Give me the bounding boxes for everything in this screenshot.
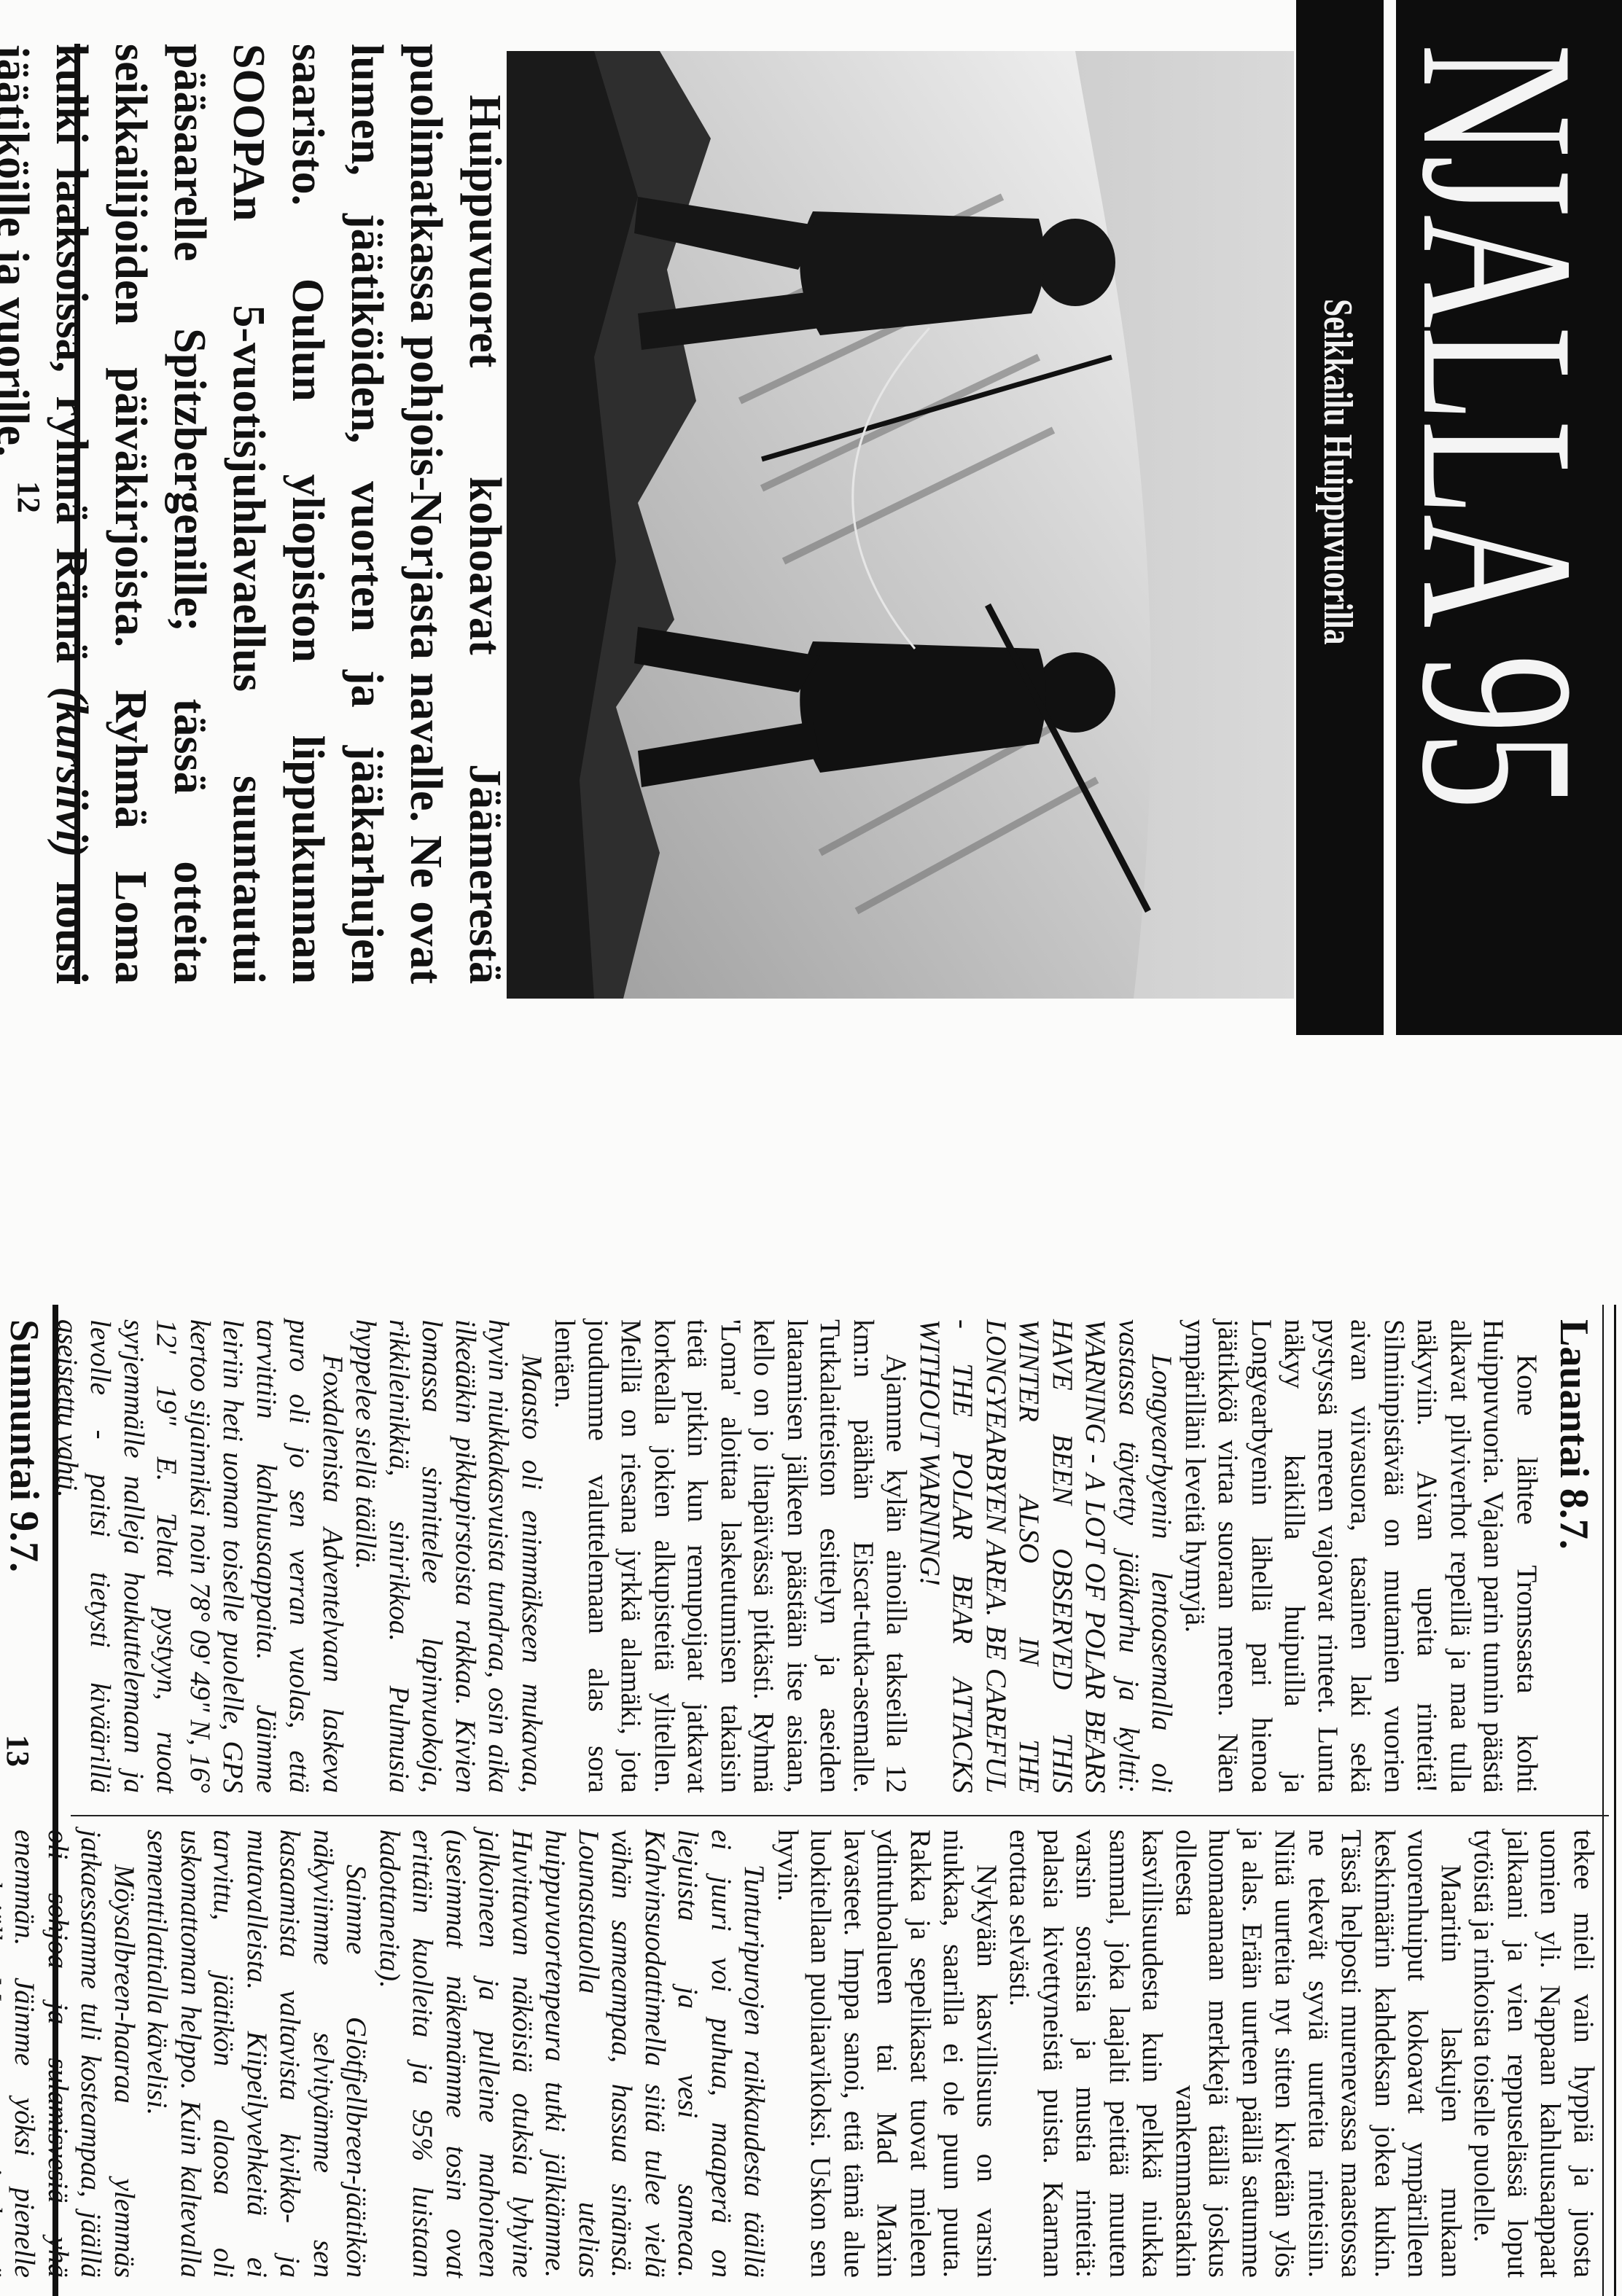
paragraph-italic: Longyearbyenin lentoasemalla oli vastass… [913,1319,1179,1793]
subtitle: Seikkailu Huippuvuorilla [1316,299,1360,645]
paragraph: Ajamme kylän ainoilla takseilla 12 km:n … [548,1319,913,1793]
footer-rule [52,1305,58,2296]
paragraph: Kone lähtee Tromssasta kohti Huippuvuori… [1179,1319,1544,1793]
paragraph: tekee mieli vain hyppiä ja juosta uomien… [1467,1830,1600,2278]
photo-illustration [507,51,1294,999]
paragraph-italic: Foxdalenista Adventelvaan laskeva puro o… [51,1319,350,1793]
paragraph-italic: Saimme Glötfjellbreen-jäätikön näkyviimm… [141,1830,373,2278]
page-number: 12 [10,481,47,513]
diary-column-1: Lauantai 8.7. Kone lähtee Tromssasta koh… [0,1319,1600,1793]
paragraph-italic: Maasto oli enimmäkseen mukavaa, hyvin ni… [349,1319,548,1793]
page-number: 13 [0,1735,36,1767]
footer-rule [74,44,80,984]
paragraph-italic: Möysalbreen-haaraa ylemmäs jatkaessamme … [0,1830,141,2278]
section-heading: Sunnuntai 9.7. [3,1319,47,1793]
magazine-title: NJALLA 95 [1389,44,1607,747]
intro-italic-note: (kursiivi) [47,687,96,857]
page-frame-top [1602,1305,1616,2296]
paragraph: Maaritin laskujen mukaan vuorenhuiput ko… [1003,1830,1467,2278]
column-divider [71,1815,1609,1816]
scanned-spread: NJALLA 95 Seikkailu Huippuvuorilla [0,0,1622,2296]
section-heading: Lauantai 8.7. [1552,1319,1596,1793]
climbers-photo [507,51,1294,999]
paragraph-italic: Tunturipurojen raikkaudesta täällä ei ju… [373,1830,771,2278]
intro-text: Huippuvuoret kohoavat Jäämerestä puolima… [47,44,510,984]
paragraph: Nykyään kasvillisuus on varsin niukkaa, … [771,1830,1004,2278]
diary-column-2: tekee mieli vain hyppiä ja juosta uomien… [0,1830,1600,2278]
